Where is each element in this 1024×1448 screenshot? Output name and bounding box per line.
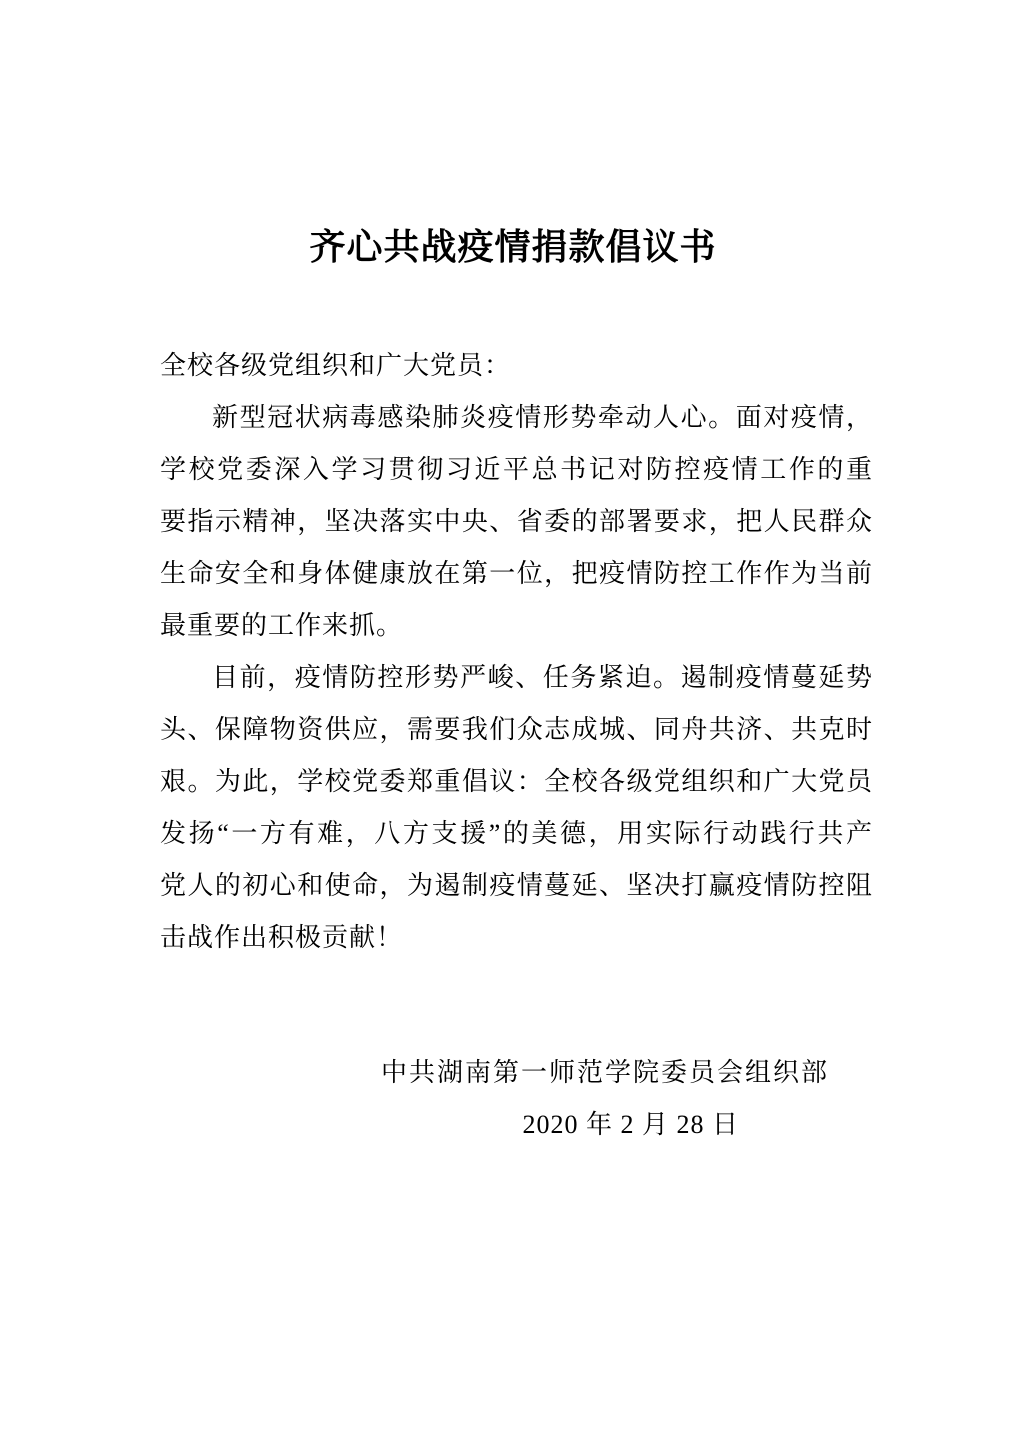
paragraph-2-line-4: 发扬“一方有难，八方支援”的美德，用实际行动践行共产 bbox=[160, 808, 873, 860]
paragraph-2-line-5: 党人的初心和使命，为遏制疫情蔓延、坚决打赢疫情防控阻 bbox=[160, 860, 873, 912]
paragraph-2-line-2: 头、保障物资供应，需要我们众志成城、同舟共济、共克时 bbox=[160, 704, 873, 756]
paragraph-1-line-4: 生命安全和身体健康放在第一位，把疫情防控工作作为当前 bbox=[160, 548, 873, 600]
paragraph-1-line-1: 新型冠状病毒感染肺炎疫情形势牵动人心。面对疫情， bbox=[160, 392, 873, 444]
paragraph-2-line-6: 击战作出积极贡献！ bbox=[160, 912, 873, 964]
document-body: 全校各级党组织和广大党员： 新型冠状病毒感染肺炎疫情形势牵动人心。面对疫情， 学… bbox=[160, 340, 873, 964]
closing-block: 中共湖南第一师范学院委员会组织部 2020 年 2 月 28 日 bbox=[160, 1047, 873, 1151]
paragraph-2-line-3: 艰。为此，学校党委郑重倡议：全校各级党组织和广大党员 bbox=[160, 756, 873, 808]
paragraph-2-line-1: 目前，疫情防控形势严峻、任务紧迫。遏制疫情蔓延势 bbox=[160, 652, 873, 704]
paragraph-1-line-2: 学校党委深入学习贯彻习近平总书记对防控疫情工作的重 bbox=[160, 444, 873, 496]
signature-line: 中共湖南第一师范学院委员会组织部 bbox=[160, 1047, 873, 1099]
paragraph-1-line-3: 要指示精神，坚决落实中央、省委的部署要求，把人民群众 bbox=[160, 496, 873, 548]
paragraph-1-line-5: 最重要的工作来抓。 bbox=[160, 600, 873, 652]
document-title: 齐心共战疫情捐款倡议书 bbox=[156, 224, 870, 270]
date-line: 2020 年 2 月 28 日 bbox=[160, 1099, 873, 1151]
document-page: 齐心共战疫情捐款倡议书 全校各级党组织和广大党员： 新型冠状病毒感染肺炎疫情形势… bbox=[0, 0, 1024, 1448]
salutation-line: 全校各级党组织和广大党员： bbox=[160, 340, 873, 392]
